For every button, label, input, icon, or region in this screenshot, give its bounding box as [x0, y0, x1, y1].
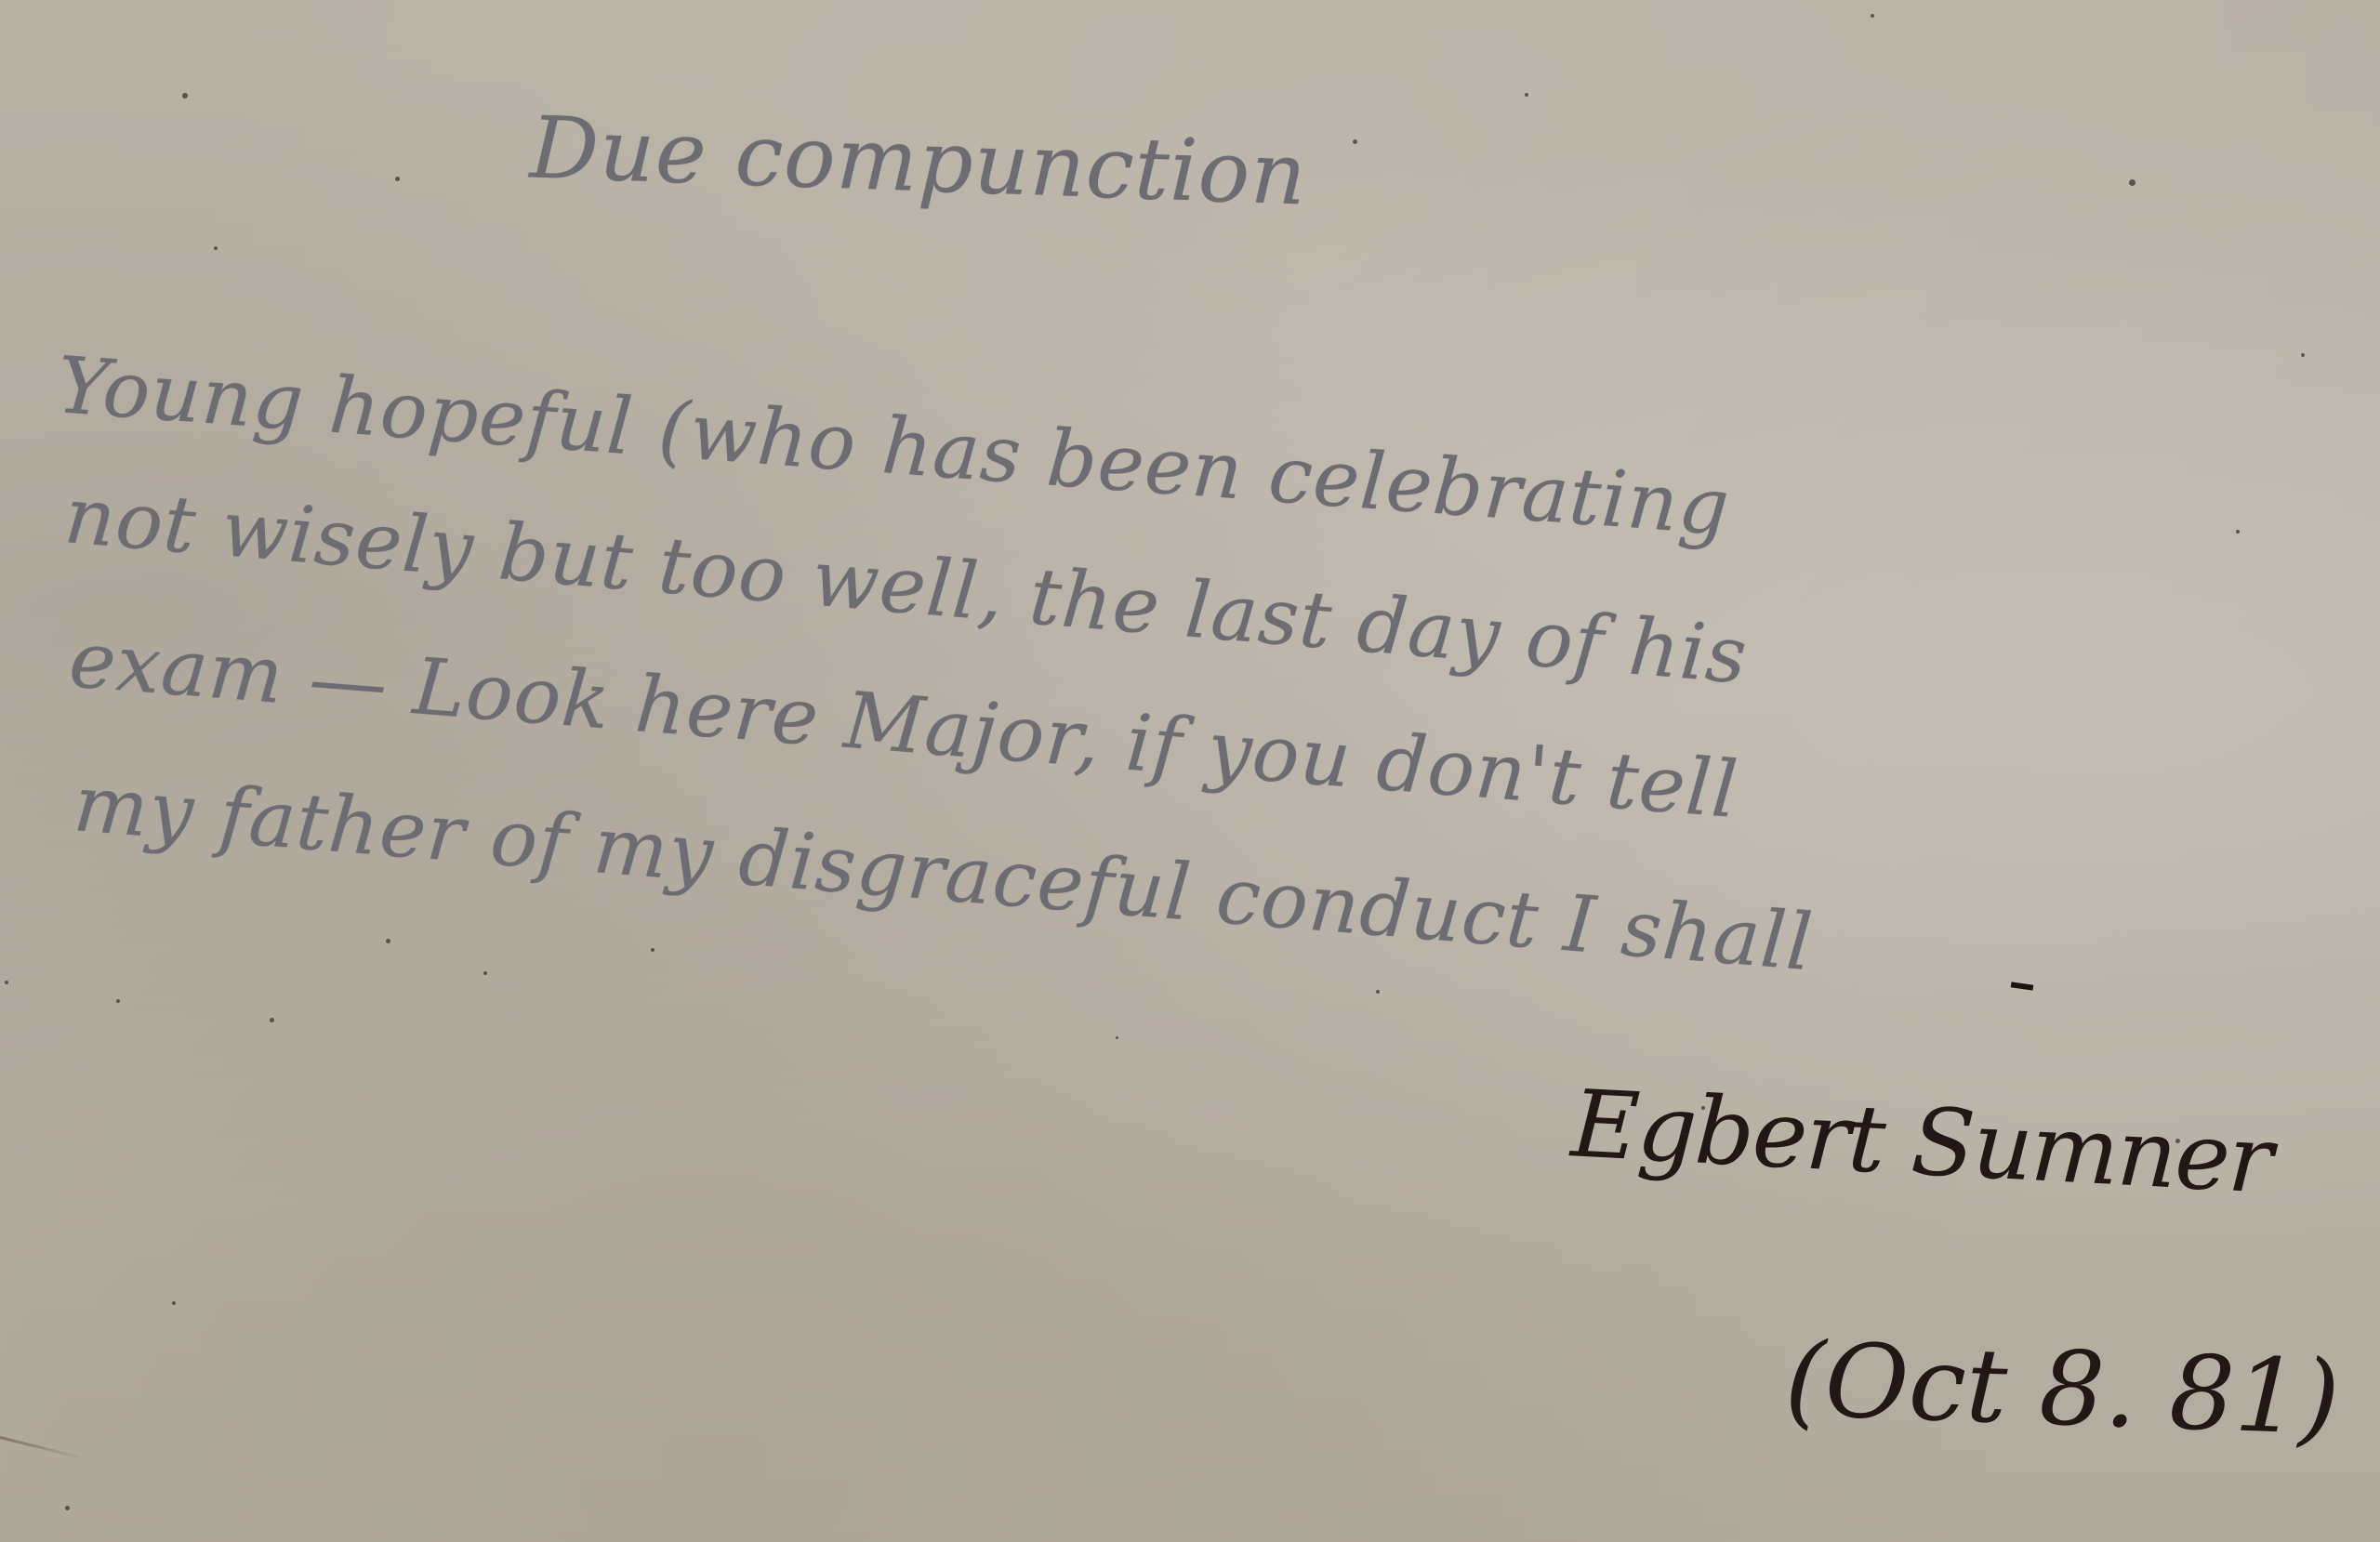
- paper-speck: [1376, 990, 1380, 994]
- paper-speck: [172, 1301, 176, 1305]
- paper-speck: [1525, 93, 1528, 97]
- paper-speck: [483, 971, 487, 975]
- paper-speck: [1871, 14, 1874, 18]
- signature-date: (Oct 8. 81): [1783, 1320, 2342, 1458]
- paper-speck: [395, 177, 400, 181]
- paper-speck: [2301, 353, 2305, 357]
- paper-speck: [1353, 139, 1357, 144]
- paper-speck: [1116, 1036, 1118, 1039]
- paper-speck: [116, 999, 120, 1003]
- paper-speck: [182, 93, 188, 99]
- paper-speck: [2129, 179, 2135, 186]
- paper-speck: [65, 1506, 70, 1510]
- paper-speck: [5, 981, 8, 984]
- paper-speck: [270, 1018, 274, 1022]
- paper-speck: [2236, 530, 2240, 534]
- paper-speck: [651, 948, 654, 952]
- paper-speck: [214, 246, 218, 250]
- paper-speck: [386, 939, 390, 943]
